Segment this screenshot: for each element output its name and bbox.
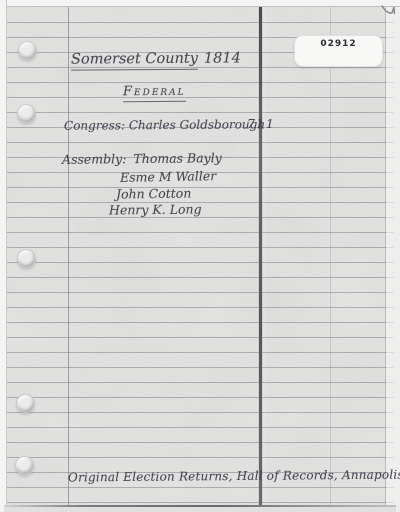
punch-hole <box>15 456 34 475</box>
catalog-number: 02912 <box>295 39 382 49</box>
title-year: 1814 <box>204 50 241 66</box>
binder-seam-line <box>259 0 262 506</box>
punch-hole <box>17 104 36 123</box>
county-title: Somerset County <box>71 51 198 71</box>
page-curl-icon <box>381 4 398 18</box>
catalog-number-sticker: 02912 <box>294 35 383 67</box>
punch-hole <box>17 249 36 268</box>
congress-entry: Congress: Charles Goldsborough <box>64 117 265 132</box>
source-note: Original Election Returns, Hall of Recor… <box>68 468 400 485</box>
assembly-member: Henry K. Long <box>109 202 202 218</box>
crease-line <box>330 6 331 506</box>
section-heading: Federal <box>123 84 186 100</box>
title-line: Somerset County1814 <box>71 50 241 67</box>
assembly-line: Assembly:Thomas Bayly <box>62 150 222 167</box>
punch-hole <box>18 41 37 60</box>
assembly-member: John Cotton <box>116 185 192 201</box>
ruled-lines <box>6 8 394 504</box>
page-left-edge <box>0 0 7 512</box>
page-bottom-edge <box>4 505 396 512</box>
assembly-member: Thomas Bayly <box>133 150 222 166</box>
page-top-edge <box>0 0 400 7</box>
margin-line <box>68 6 69 506</box>
page-right-edge <box>386 0 400 512</box>
punch-hole <box>16 394 35 413</box>
assembly-member: Esme M Waller <box>120 168 216 185</box>
assembly-label: Assembly: <box>62 151 127 167</box>
scan-page: 02912 Somerset County1814 Federal Congre… <box>0 0 400 512</box>
congress-vote-count: 711 <box>247 116 275 131</box>
